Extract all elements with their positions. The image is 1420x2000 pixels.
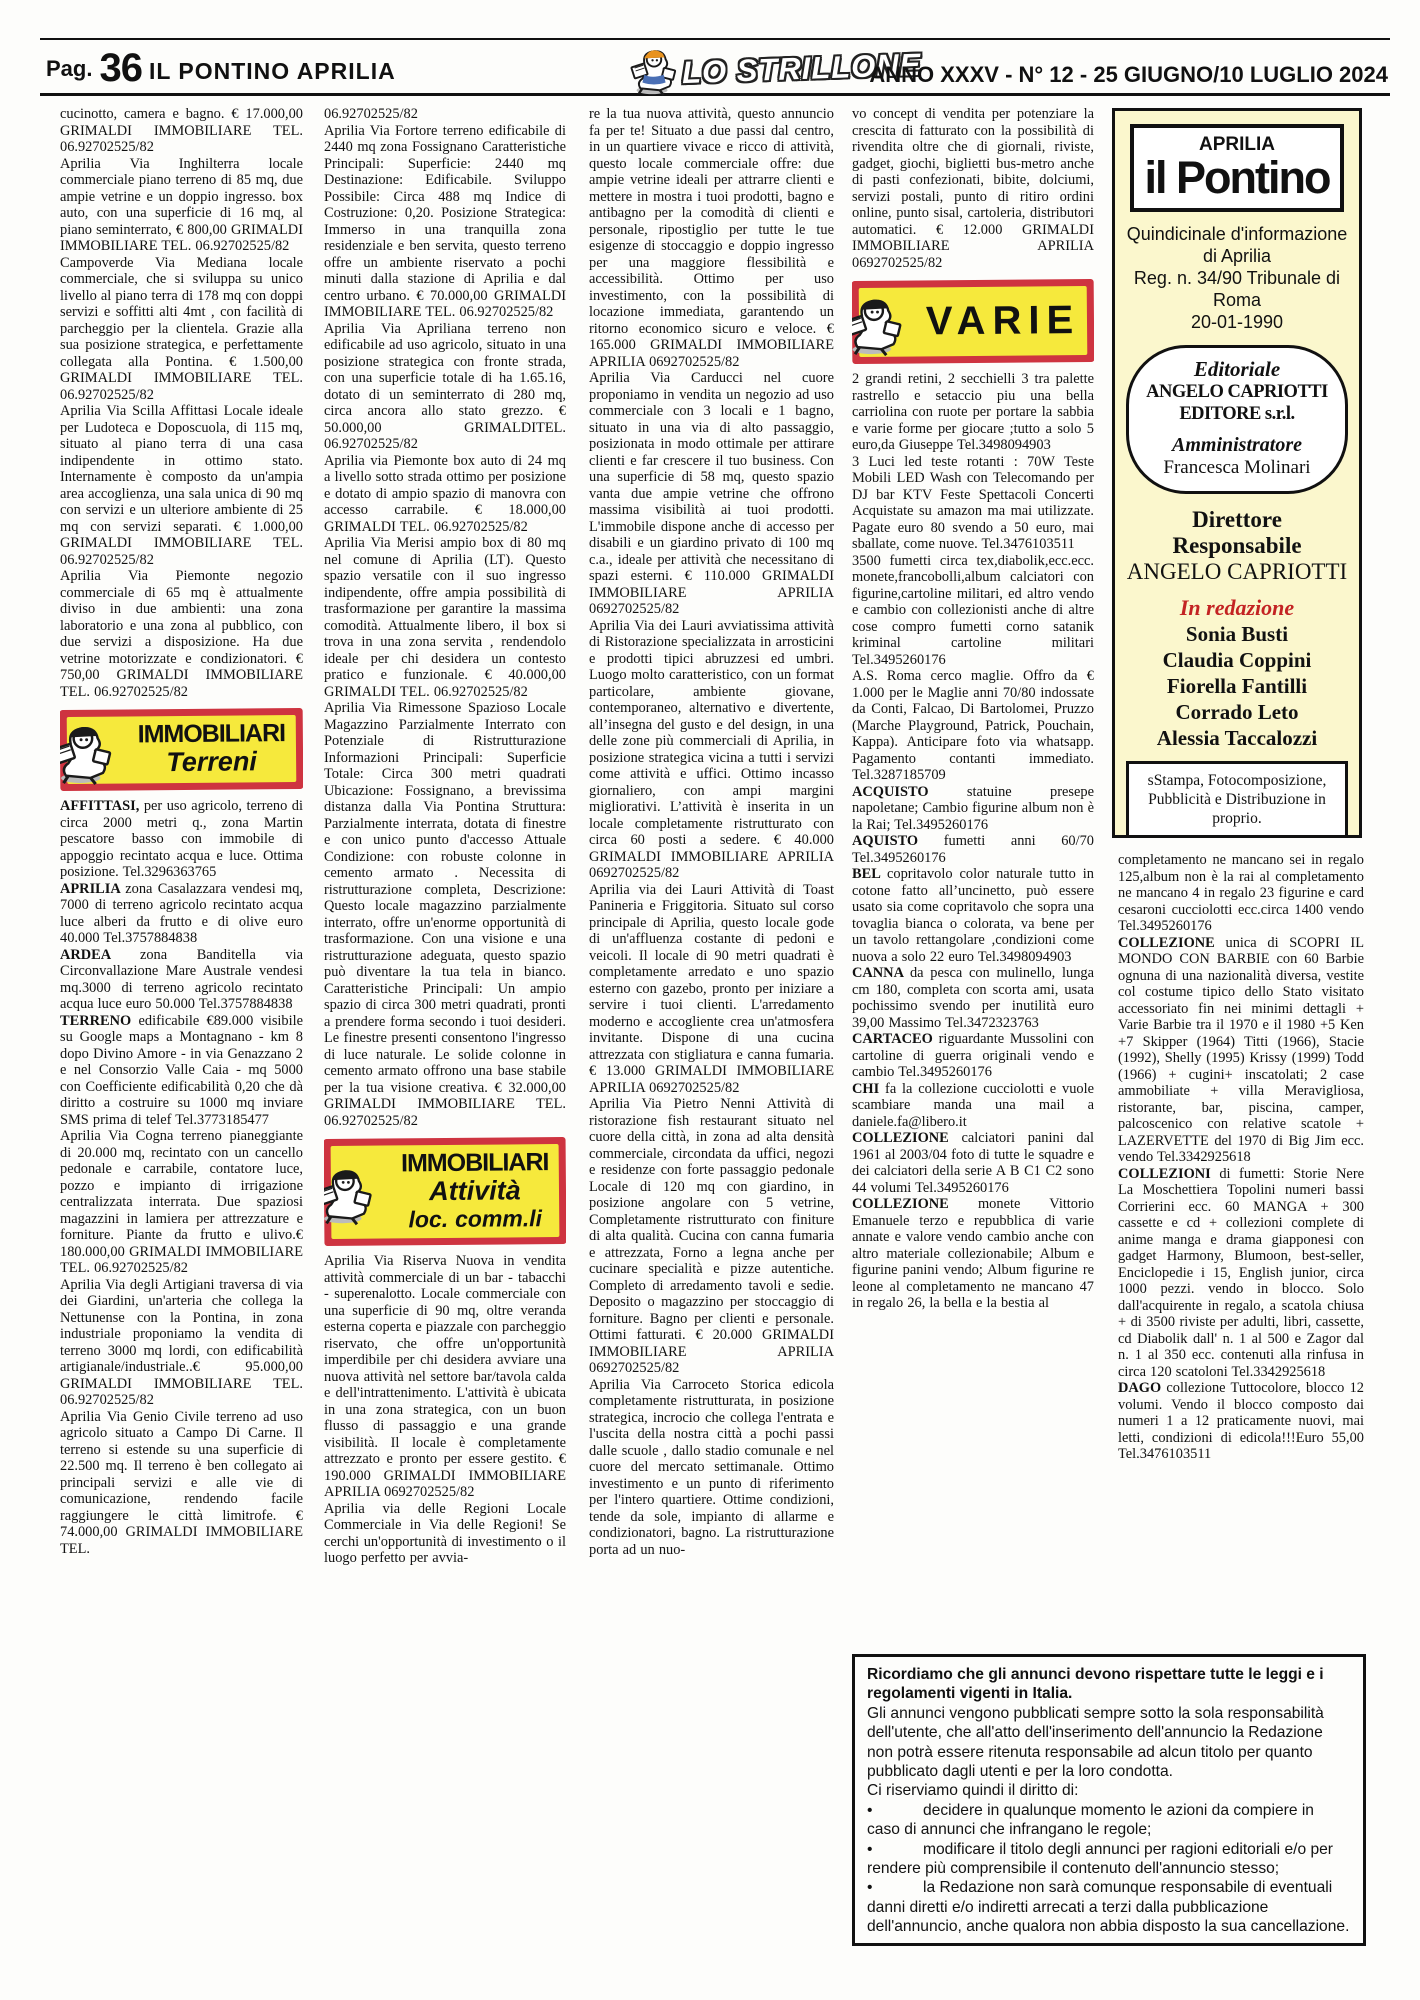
ads-group: Aprilia Via Riserva Nuova in vendita att… xyxy=(324,1253,566,1567)
section-header-immobiliari-terreni: IMMOBILIARI Terreni xyxy=(60,708,303,791)
section-subtitle: Attività xyxy=(393,1176,557,1206)
column-1: cucinotto, camera e bagno. € 17.000,00 G… xyxy=(60,106,303,1654)
masthead-box: APRILIA il Pontino xyxy=(1130,124,1344,212)
classified-ad: APRILIA zona Casalazzara vendesi mq, 700… xyxy=(60,881,303,947)
ad-lead: AQUISTO xyxy=(852,833,944,849)
classified-ad: A.S. Roma cerco maglie. Offro da € 1.000… xyxy=(852,668,1094,784)
section-header-varie: VARIE xyxy=(852,279,1094,364)
classified-ad: COLLEZIONE monete Vittorio Emanuele terz… xyxy=(852,1196,1094,1312)
column-3: re la tua nuova attività, questo annunci… xyxy=(589,106,834,1654)
ad-text: Campoverde Via Mediana locale commercial… xyxy=(60,255,303,403)
classified-ad: AQUISTO fumetti anni 60/70 Tel.349526017… xyxy=(852,833,1094,866)
ad-text: Aprilia via delle Regioni Locale Commerc… xyxy=(324,1501,566,1567)
ad-text: Aprilia Via Scilla Affittasi Locale idea… xyxy=(60,403,303,568)
ads-group: cucinotto, camera e bagno. € 17.000,00 G… xyxy=(60,106,303,700)
page-label: Pag. xyxy=(46,50,92,88)
ad-lead: COLLEZIONE xyxy=(852,1130,961,1146)
classified-ad: TERRENO edificabile €89.000 visibile su … xyxy=(60,1013,303,1129)
ad-text: Aprilia Via Inghilterra locale commercia… xyxy=(60,156,303,255)
editorial-name: ANGELO CAPRIOTTI EDITORE s.r.l. xyxy=(1133,381,1341,425)
section-title: VARIE xyxy=(921,291,1085,350)
classified-ad: COLLEZIONE calciatori panini dal 1961 al… xyxy=(852,1130,1094,1196)
ad-lead: BEL xyxy=(852,866,887,882)
section-subtitle-2: loc. comm.li xyxy=(393,1205,557,1232)
classified-ad: Aprilia Via Cogna terreno pianeggiante d… xyxy=(60,1128,303,1277)
classified-ad: Aprilia Via Scilla Affittasi Locale idea… xyxy=(60,403,303,568)
ad-text: completamento ne mancano sei in regalo 1… xyxy=(1118,852,1364,934)
ad-text: Aprilia Via Carducci nel cuore proponiam… xyxy=(589,370,834,617)
ad-text: cucinotto, camera e bagno. € 17.000,00 G… xyxy=(60,106,303,155)
registration-line: Reg. n. 34/90 Tribunale di Roma xyxy=(1126,267,1348,311)
staff-name: Alessia Taccalozzi xyxy=(1126,725,1348,751)
publisher-box: Editoriale ANGELO CAPRIOTTI EDITORE s.r.… xyxy=(1126,345,1348,494)
classified-ad: Aprilia Via Inghilterra locale commercia… xyxy=(60,156,303,255)
section-subtitle: Terreni xyxy=(129,747,294,777)
contact-box: sStampa, Fotocomposizione, Pubblicità e … xyxy=(1126,761,1348,838)
ad-text: Aprilia Via dei Lauri avviatissima attiv… xyxy=(589,618,834,882)
column-5: completamento ne mancano sei in regalo 1… xyxy=(1118,852,1364,1642)
ads-group: 06.92702525/82Aprilia Via Fortore terren… xyxy=(324,106,566,1129)
ad-text: fa la collezione cucciolotti e vuole sca… xyxy=(852,1081,1094,1130)
rules-notice-box: Ricordiamo che gli annunci devono rispet… xyxy=(852,1654,1366,1946)
ad-lead: DAGO xyxy=(1118,1380,1166,1396)
notice-bullet: modificare il titolo degli annunci per r… xyxy=(867,1840,1351,1879)
ad-text: Aprilia Via Cogna terreno pianeggiante d… xyxy=(60,1128,303,1276)
newsboy-icon xyxy=(324,1157,374,1228)
classified-ad: COLLEZIONI di fumetti: Storie Nere La Mo… xyxy=(1118,1166,1364,1381)
notice-intro: Ci riserviamo quindi il diritto di: xyxy=(867,1781,1351,1800)
ad-text: Aprilia Via degli Artigiani traversa di … xyxy=(60,1277,303,1409)
staff-name: Claudia Coppini xyxy=(1126,647,1348,673)
ad-text: Aprilia Via Riserva Nuova in vendita att… xyxy=(324,1253,566,1500)
ad-text: monete Vittorio Emanuele terzo e repubbl… xyxy=(852,1196,1094,1311)
redazione-label: In redazione xyxy=(1126,595,1348,621)
ad-text: Aprilia Via Fortore terreno edificabile … xyxy=(324,123,566,321)
page-number: 36 xyxy=(99,48,142,88)
classified-ad: CANNA da pesca con mulinello, lunga cm 1… xyxy=(852,965,1094,1031)
ad-text: Aprilia Via Piemonte negozio commerciale… xyxy=(60,568,303,700)
ad-lead: ACQUISTO xyxy=(852,784,967,800)
ad-text: 3 Luci led teste rotanti : 70W Teste Mob… xyxy=(852,454,1094,553)
section-header-immobiliari-attivita: IMMOBILIARI Attività loc. comm.li xyxy=(324,1137,566,1246)
column-4: vo concept di vendita per potenziare la … xyxy=(852,106,1094,1654)
ad-lead: AFFITTASI, xyxy=(60,798,144,814)
colophon-box: APRILIA il Pontino Quindicinale d'inform… xyxy=(1112,108,1362,838)
ad-text: 2 grandi retini, 2 secchielli 3 tra pale… xyxy=(852,371,1094,453)
ad-text: Aprilia Via Merisi ampio box di 80 mq ne… xyxy=(324,535,566,700)
classified-ad: vo concept di vendita per potenziare la … xyxy=(852,106,1094,271)
classified-ad: COLLEZIONE unica di SCOPRI IL MONDO CON … xyxy=(1118,935,1364,1166)
ad-text: Aprilia Via Rimessone Spazioso Locale Ma… xyxy=(324,700,566,1129)
classified-ad: Aprilia Via Riserva Nuova in vendita att… xyxy=(324,1253,566,1501)
ad-text: unica di SCOPRI IL MONDO CON BARBIE con … xyxy=(1118,935,1364,1166)
ad-text: di fumetti: Storie Nere La Moschettiera … xyxy=(1118,1166,1364,1380)
header-left: Pag. 36 IL PONTINO APRILIA xyxy=(46,48,396,88)
staff-name: Sonia Busti xyxy=(1126,621,1348,647)
classified-ad: Aprilia Via Pietro Nenni Attività di ris… xyxy=(589,1096,834,1377)
classified-ad: DAGO collezione Tuttocolore, blocco 12 v… xyxy=(1118,1380,1364,1463)
classified-ad: AFFITTASI, per uso agricolo, terreno di … xyxy=(60,798,303,881)
newspaper-page: Pag. 36 IL PONTINO APRILIA LO STRILLONE … xyxy=(0,0,1420,2000)
classified-ad: BEL copritavolo color naturale tutto in … xyxy=(852,866,1094,965)
ad-text: Aprilia Via Carroceto Storica edicola co… xyxy=(589,1377,834,1558)
notice-heading: Ricordiamo che gli annunci devono rispet… xyxy=(867,1665,1351,1704)
ad-text: A.S. Roma cerco maglie. Offro da € 1.000… xyxy=(852,668,1094,783)
ad-text: Aprilia Via Genio Civile terreno ad uso … xyxy=(60,1409,303,1557)
ad-lead: ARDEA xyxy=(60,947,140,963)
ads-group: completamento ne mancano sei in regalo 1… xyxy=(1118,852,1364,1463)
ads-group: vo concept di vendita per potenziare la … xyxy=(852,106,1094,271)
ad-text: Aprilia via Piemonte box auto di 24 mq a… xyxy=(324,453,566,535)
classified-ad: Aprilia Via Fortore terreno edificabile … xyxy=(324,123,566,321)
section-title: IMMOBILIARI xyxy=(393,1149,557,1177)
redazione-address: Redazione: Via Pordenone, 17 xyxy=(1133,832,1341,838)
ad-text: 06.92702525/82 xyxy=(324,106,418,122)
ad-text: vo concept di vendita per potenziare la … xyxy=(852,106,1094,271)
ad-lead: TERRENO xyxy=(60,1013,139,1029)
registration-line: Quindicinale d'informazione di Aprilia xyxy=(1126,223,1348,267)
masthead-logo: il Pontino xyxy=(1136,155,1338,200)
ad-lead: CHI xyxy=(852,1081,885,1097)
ad-text: edificabile €89.000 visibile su Google m… xyxy=(60,1013,303,1128)
classified-ad: Aprilia via dei Lauri Attività di Toast … xyxy=(589,882,834,1097)
ad-lead: CARTACEO xyxy=(852,1031,939,1047)
staff-name: Corrado Leto xyxy=(1126,699,1348,725)
director-label: Direttore Responsabile xyxy=(1126,507,1348,559)
masthead-title: IL PONTINO APRILIA xyxy=(149,54,396,88)
classified-ad: 3 Luci led teste rotanti : 70W Teste Mob… xyxy=(852,454,1094,553)
registration-info: Quindicinale d'informazione di Aprilia R… xyxy=(1126,223,1348,333)
classified-ad: re la tua nuova attività, questo annunci… xyxy=(589,106,834,370)
notice-bullet: decidere in qualunque momento le azioni … xyxy=(867,1801,1351,1840)
classified-ad: Aprilia Via dei Lauri avviatissima attiv… xyxy=(589,618,834,882)
ad-text: Aprilia Via Apriliana terreno non edific… xyxy=(324,321,566,453)
ad-lead: COLLEZIONE xyxy=(1118,935,1226,951)
director-name: ANGELO CAPRIOTTI xyxy=(1126,559,1348,585)
column-2: 06.92702525/82Aprilia Via Fortore terren… xyxy=(324,106,566,1654)
classified-ad: CARTACEO riguardante Mussolini con carto… xyxy=(852,1031,1094,1081)
ad-text: re la tua nuova attività, questo annunci… xyxy=(589,106,834,370)
classified-ad: ARDEA zona Banditella via Circonvallazio… xyxy=(60,947,303,1013)
classified-ad: 2 grandi retini, 2 secchielli 3 tra pale… xyxy=(852,371,1094,454)
ad-lead: APRILIA xyxy=(60,881,125,897)
classified-ad: 06.92702525/82 xyxy=(324,106,566,123)
admin-label: Amministratore xyxy=(1133,433,1341,457)
ads-group: 2 grandi retini, 2 secchielli 3 tra pale… xyxy=(852,371,1094,1312)
classified-ad: Aprilia Via Piemonte negozio commerciale… xyxy=(60,568,303,700)
newsboy-icon xyxy=(628,40,680,98)
classified-ad: Aprilia via delle Regioni Locale Commerc… xyxy=(324,1501,566,1567)
editorial-label: Editoriale xyxy=(1133,358,1341,381)
section-title: IMMOBILIARI xyxy=(129,720,294,748)
classified-ad: Aprilia Via Apriliana terreno non edific… xyxy=(324,321,566,453)
print-note: sStampa, Fotocomposizione, Pubblicità e … xyxy=(1133,771,1341,828)
classified-ad: Aprilia Via Merisi ampio box di 80 mq ne… xyxy=(324,535,566,700)
ad-text: Aprilia Via Pietro Nenni Attività di ris… xyxy=(589,1096,834,1376)
classified-ad: Aprilia Via Carroceto Storica edicola co… xyxy=(589,1377,834,1559)
ad-text: 3500 fumetti circa tex,diabolik,ecc.ecc.… xyxy=(852,553,1094,668)
redazione-names: Sonia BustiClaudia CoppiniFiorella Fanti… xyxy=(1126,621,1348,751)
classified-ad: Aprilia Via degli Artigiani traversa di … xyxy=(60,1277,303,1409)
issue-info: ANNO XXXV - N° 12 - 25 GIUGNO/10 LUGLIO … xyxy=(869,62,1388,88)
classified-ad: cucinotto, camera e bagno. € 17.000,00 G… xyxy=(60,106,303,156)
redazione-address-label: Redazione: xyxy=(1171,832,1271,838)
ad-text: Aprilia via dei Lauri Attività di Toast … xyxy=(589,882,834,1096)
notice-bullets: decidere in qualunque momento le azioni … xyxy=(867,1801,1351,1937)
classified-ad: Aprilia Via Genio Civile terreno ad uso … xyxy=(60,1409,303,1558)
notice-bullet: la Redazione non sarà comunque responsab… xyxy=(867,1878,1351,1936)
ad-text: copritavolo color naturale tutto in coto… xyxy=(852,866,1094,965)
classified-ad: Aprilia Via Rimessone Spazioso Locale Ma… xyxy=(324,700,566,1129)
registration-line: 20-01-1990 xyxy=(1126,311,1348,333)
admin-name: Francesca Molinari xyxy=(1133,457,1341,479)
classified-ad: Aprilia via Piemonte box auto di 24 mq a… xyxy=(324,453,566,536)
ad-lead: COLLEZIONI xyxy=(1118,1166,1219,1182)
classified-ad: CHI fa la collezione cucciolotti e vuole… xyxy=(852,1081,1094,1131)
newsboy-icon xyxy=(60,713,114,788)
classified-ad: ACQUISTO statuine presepe napoletane; Ca… xyxy=(852,784,1094,834)
classified-ad: 3500 fumetti circa tex,diabolik,ecc.ecc.… xyxy=(852,553,1094,669)
staff-name: Fiorella Fantilli xyxy=(1126,673,1348,699)
notice-body: Gli annunci vengono pubblicati sempre so… xyxy=(867,1704,1351,1782)
ads-group: re la tua nuova attività, questo annunci… xyxy=(589,106,834,1558)
ad-lead: COLLEZIONE xyxy=(852,1196,978,1212)
classified-ad: Campoverde Via Mediana locale commercial… xyxy=(60,255,303,404)
ad-lead: CANNA xyxy=(852,965,910,981)
classified-ad: Aprilia Via Carducci nel cuore proponiam… xyxy=(589,370,834,618)
ads-group: AFFITTASI, per uso agricolo, terreno di … xyxy=(60,798,303,1557)
newsboy-icon xyxy=(852,286,904,359)
classified-ad: completamento ne mancano sei in regalo 1… xyxy=(1118,852,1364,935)
